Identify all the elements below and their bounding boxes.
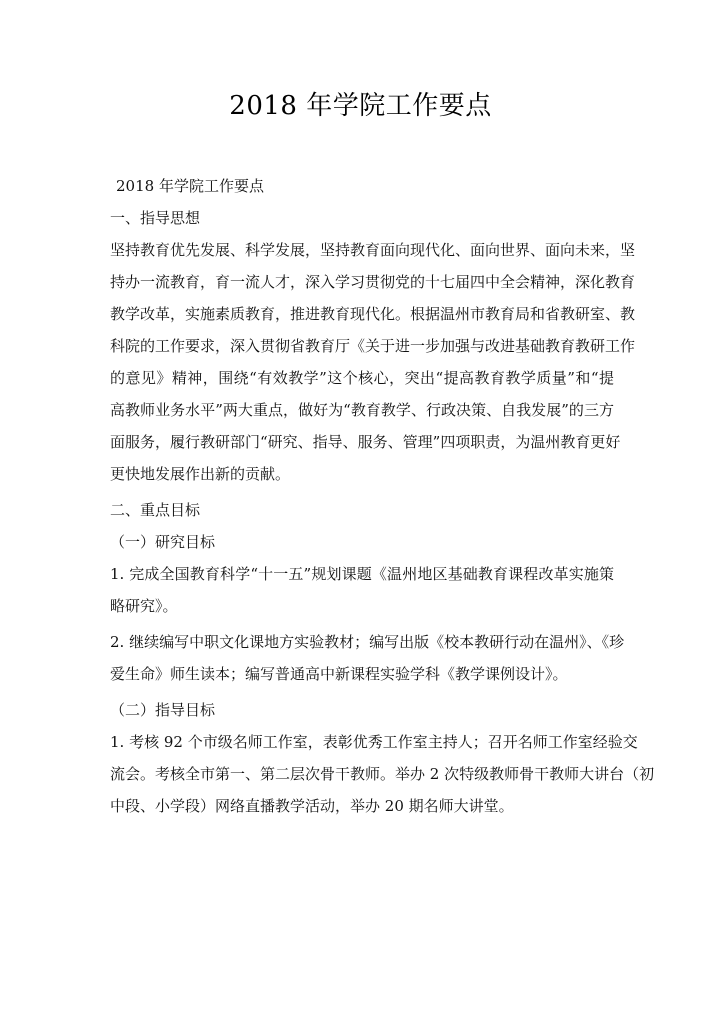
list-item-line: 略研究》。 [110, 590, 614, 622]
list-item-line: 1. 考核 92 个市级名师工作室，表彰优秀工作室主持人；召开名师工作室经验交 [110, 726, 614, 758]
paragraph-line: 高教师业务水平”两大重点，做好为“教育教学、行政决策、自我发展”的三方 [110, 394, 614, 426]
document-subtitle: 2018 年学院工作要点 [110, 170, 614, 202]
document-title: 2018 年学院工作要点 [0, 86, 721, 126]
paragraph-line: 持办一流教育，育一流人才，深入学习贯彻党的十七届四中全会精神，深化教育 [110, 266, 614, 298]
list-item-guidance-1: 1. 考核 92 个市级名师工作室，表彰优秀工作室主持人；召开名师工作室经验交 … [110, 726, 614, 822]
section-heading-guiding-ideology: 一、指导思想 [110, 202, 614, 234]
list-item-research-1: 1. 完成全国教育科学“十一五”规划课题《温州地区基础教育课程改革实施策 略研究… [110, 558, 614, 622]
paragraph-line: 更快地发展作出新的贡献。 [110, 458, 614, 490]
list-item-research-2: 2. 继续编写中职文化课地方实验教材；编写出版《校本教研行动在温州》、《珍 爱生… [110, 626, 614, 690]
paragraph-line: 的意见》精神，围绕“有效教学”这个核心，突出“提高教育教学质量”和“提 [110, 362, 614, 394]
paragraph-line: 教学改革，实施素质教育，推进教育现代化。根据温州市教育局和省教研室、教 [110, 298, 614, 330]
paragraph-line: 坚持教育优先发展、科学发展，坚持教育面向现代化、面向世界、面向未来，坚 [110, 234, 614, 266]
paragraph-guiding-ideology: 坚持教育优先发展、科学发展，坚持教育面向现代化、面向世界、面向未来，坚 持办一流… [110, 234, 614, 490]
document-page: 2018 年学院工作要点 2018 年学院工作要点 一、指导思想 坚持教育优先发… [0, 0, 721, 1020]
list-item-line: 1. 完成全国教育科学“十一五”规划课题《温州地区基础教育课程改革实施策 [110, 558, 614, 590]
list-item-line: 中段、小学段）网络直播教学活动，举办 20 期名师大讲堂。 [110, 790, 614, 822]
subsection-heading-research-goals: （一）研究目标 [110, 526, 614, 558]
list-item-line: 2. 继续编写中职文化课地方实验教材；编写出版《校本教研行动在温州》、《珍 [110, 626, 614, 658]
paragraph-line: 面服务，履行教研部门“研究、指导、服务、管理”四项职责，为温州教育更好 [110, 426, 614, 458]
paragraph-line: 科院的工作要求，深入贯彻省教育厅《关于进一步加强与改进基础教育教研工作 [110, 330, 614, 362]
list-item-line: 流会。考核全市第一、第二层次骨干教师。举办 2 次特级教师骨干教师大讲台（初 [110, 758, 614, 790]
section-heading-key-goals: 二、重点目标 [110, 494, 614, 526]
subsection-heading-guidance-goals: （二）指导目标 [110, 694, 614, 726]
list-item-line: 爱生命》师生读本；编写普通高中新课程实验学科《教学课例设计》。 [110, 658, 614, 690]
document-body: 2018 年学院工作要点 一、指导思想 坚持教育优先发展、科学发展，坚持教育面向… [110, 170, 614, 826]
